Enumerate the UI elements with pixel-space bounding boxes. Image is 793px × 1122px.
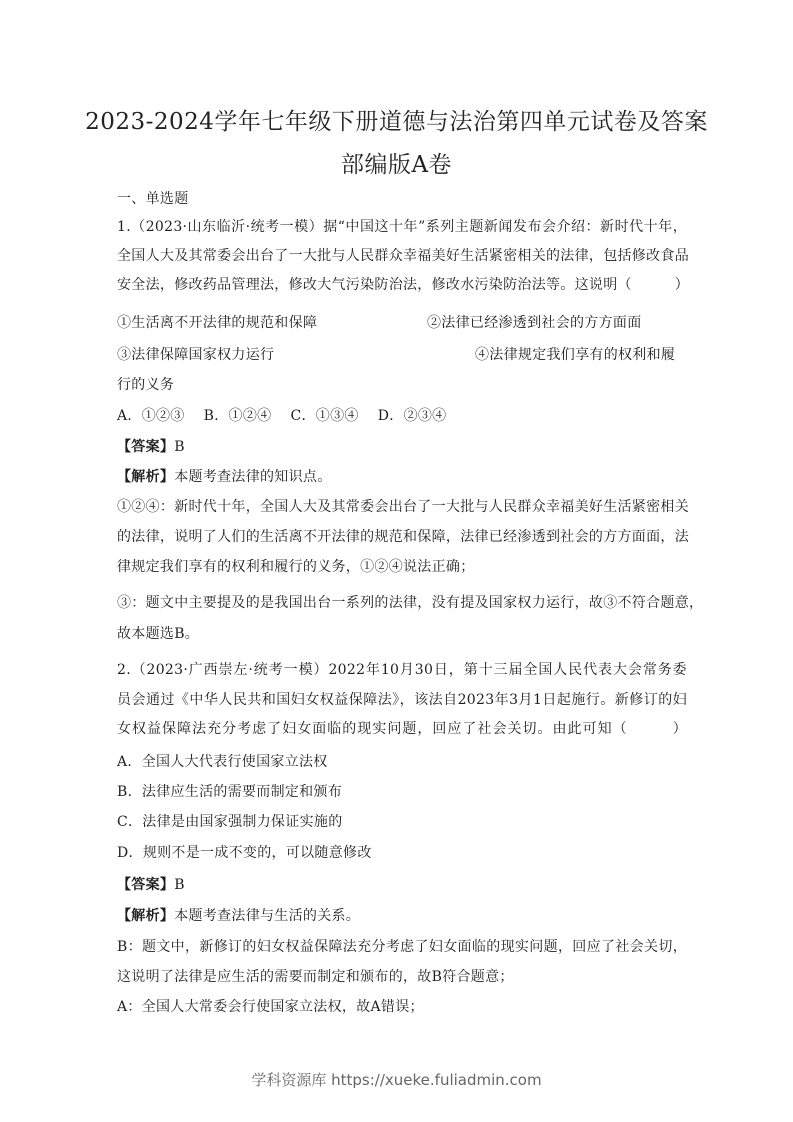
question-1-analysis-intro: 【解析】本题考查法律的知识点。 xyxy=(117,466,687,486)
section-heading: 一、单选题 xyxy=(117,188,687,208)
question-2-option-d: D．规则不是一成不变的，可以随意修改 xyxy=(117,842,687,862)
analysis-label: 【解析】 xyxy=(117,908,174,924)
question-1-analysis-line-2: 的法律，说明了人们的生活离不开法律的规范和保障，法律已经渗透到社会的方方面面，法 xyxy=(117,526,687,546)
question-2-stem-line-3: 女权益保障法充分考虑了妇女面临的现实问题，回应了社会关切。由此可知（ ） xyxy=(117,718,687,738)
question-2-stem-line-2: 员会通过《中华人民共和国妇女权益保障法》，该法自2023年3月1日起施行。新修订… xyxy=(117,689,687,709)
question-1-analysis-line-1: ①②④：新时代十年，全国人大及其常委会出台了一大批与人民群众幸福美好生活紧密相关 xyxy=(117,496,687,516)
answer-value: B xyxy=(174,439,185,455)
footer-watermark: 学科资源库 https://xueke.fuliadmin.com xyxy=(0,1069,793,1090)
question-2-stem-line-1: 2.（2023·广西崇左·统考一模）2022年10月30日，第十三届全国人民代表… xyxy=(117,659,687,679)
question-1-statement-4: ④法律规定我们享有的权利和履 xyxy=(475,344,675,364)
question-1-stem-line-2: 全国人大及其常委会出台了一大批与人民群众幸福美好生活紧密相关的法律，包括修改食品 xyxy=(117,245,687,265)
question-2-analysis-line-2: 这说明了法律是应生活的需要而制定和颁布的，故B符合题意； xyxy=(117,966,687,986)
question-1-statement-4-continued: 行的义务 xyxy=(117,374,687,394)
question-2-answer: 【答案】B xyxy=(117,874,687,894)
question-1-answer: 【答案】B xyxy=(117,436,687,456)
question-2-option-c: C．法律是由国家强制力保证实施的 xyxy=(117,811,687,831)
document-title-line-1: 2023-2024学年七年级下册道德与法治第四单元试卷及答案 xyxy=(0,103,793,136)
question-1-analysis-line-3: 律规定我们享有的权利和履行的义务，①②④说法正确； xyxy=(117,556,687,576)
question-2-analysis-intro: 【解析】本题考查法律与生活的关系。 xyxy=(117,905,687,925)
analysis-label: 【解析】 xyxy=(117,469,174,485)
question-2-analysis-line-1: B：题文中，新修订的妇女权益保障法充分考虑了妇女面临的现实问题，回应了社会关切， xyxy=(117,936,687,956)
analysis-intro-text: 本题考查法律的知识点。 xyxy=(174,469,331,485)
question-2-analysis-line-3: A：全国人大常委会行使国家立法权，故A错误； xyxy=(117,996,687,1016)
answer-label: 【答案】 xyxy=(117,439,174,455)
question-1-options: A．①②③ B．①②④ C．①③④ D．②③④ xyxy=(117,405,687,425)
question-1-analysis-line-5: 故本题选B。 xyxy=(117,623,687,643)
answer-value: B xyxy=(174,877,185,893)
question-2-option-b: B．法律应生活的需要而制定和颁布 xyxy=(117,781,687,801)
question-1-analysis-line-4: ③：题文中主要提及的是我国出台一系列的法律，没有提及国家权力运行，故③不符合题意… xyxy=(117,592,687,612)
document-page: 2023-2024学年七年级下册道德与法治第四单元试卷及答案 部编版A卷 一、单… xyxy=(0,0,793,1122)
question-1-statement-2: ②法律已经渗透到社会的方方面面 xyxy=(427,312,642,332)
question-2-option-a: A．全国人大代表行使国家立法权 xyxy=(117,751,687,771)
analysis-intro-text: 本题考查法律与生活的关系。 xyxy=(174,908,360,924)
question-1-stem-line-1: 1.（2023·山东临沂·统考一模）据“中国这十年”系列主题新闻发布会介绍：新时… xyxy=(117,216,687,236)
document-title-line-2: 部编版A卷 xyxy=(0,146,793,179)
answer-label: 【答案】 xyxy=(117,877,174,893)
question-1-stem-line-3: 安全法，修改药品管理法，修改大气污染防治法，修改水污染防治法等。这说明（ ） xyxy=(117,274,687,294)
